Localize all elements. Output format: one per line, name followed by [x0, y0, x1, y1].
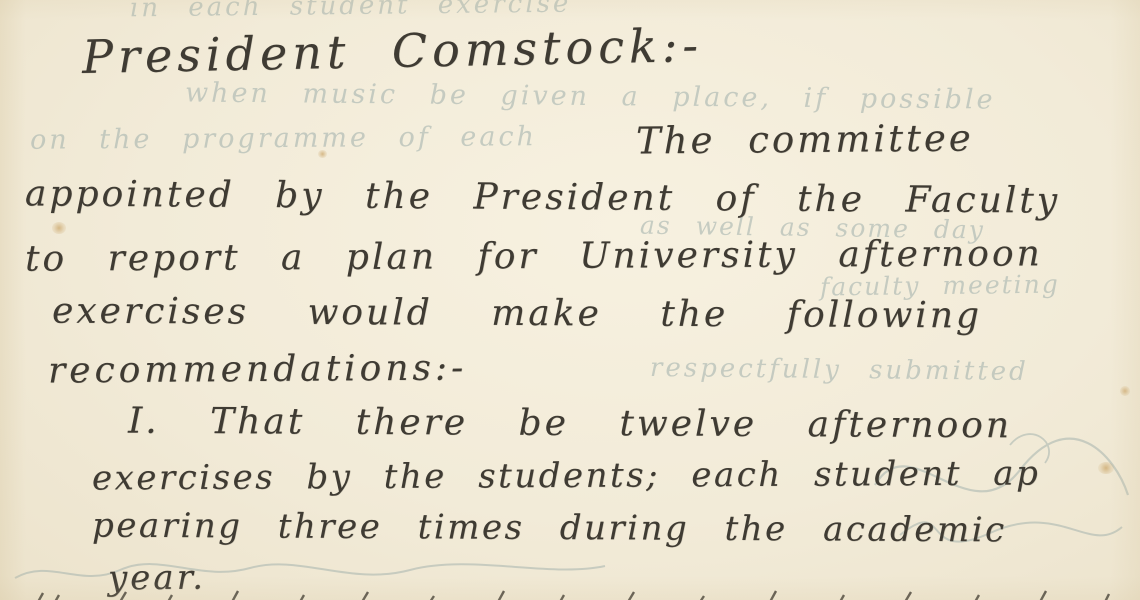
ghost-text-line: in each student exercise [130, 0, 572, 23]
foxing-spot [1098, 462, 1114, 474]
ghost-text-line: when music be given a place, if possible [185, 78, 996, 115]
handwriting-line: pearing three times during the academic [92, 508, 1007, 550]
handwriting-line: exercises by the students; each student … [92, 456, 1040, 498]
foxing-spot [1120, 386, 1130, 396]
handwriting-line: to report a plan for University afternoo… [25, 234, 1043, 279]
foxing-spot [52, 222, 66, 234]
handwriting-line: The committee [636, 119, 974, 163]
ghost-text-line: on the programme of each [30, 122, 537, 155]
foxing-spot [318, 150, 327, 158]
ghost-text-line: respectfully submitted [650, 354, 1029, 387]
handwriting-line: appointed by the President of the Facult… [25, 174, 1060, 221]
handwriting-line: I. That there be twelve afternoon [128, 402, 1012, 446]
letter-page: in each student exercise when music be g… [0, 0, 1140, 600]
cutoff-line-stroke-tops [0, 590, 1140, 600]
handwriting-line: recommendations:- [48, 349, 468, 392]
salutation-line: President Comstock:- [82, 20, 704, 83]
handwriting-line: exercises would make the following [52, 292, 982, 336]
